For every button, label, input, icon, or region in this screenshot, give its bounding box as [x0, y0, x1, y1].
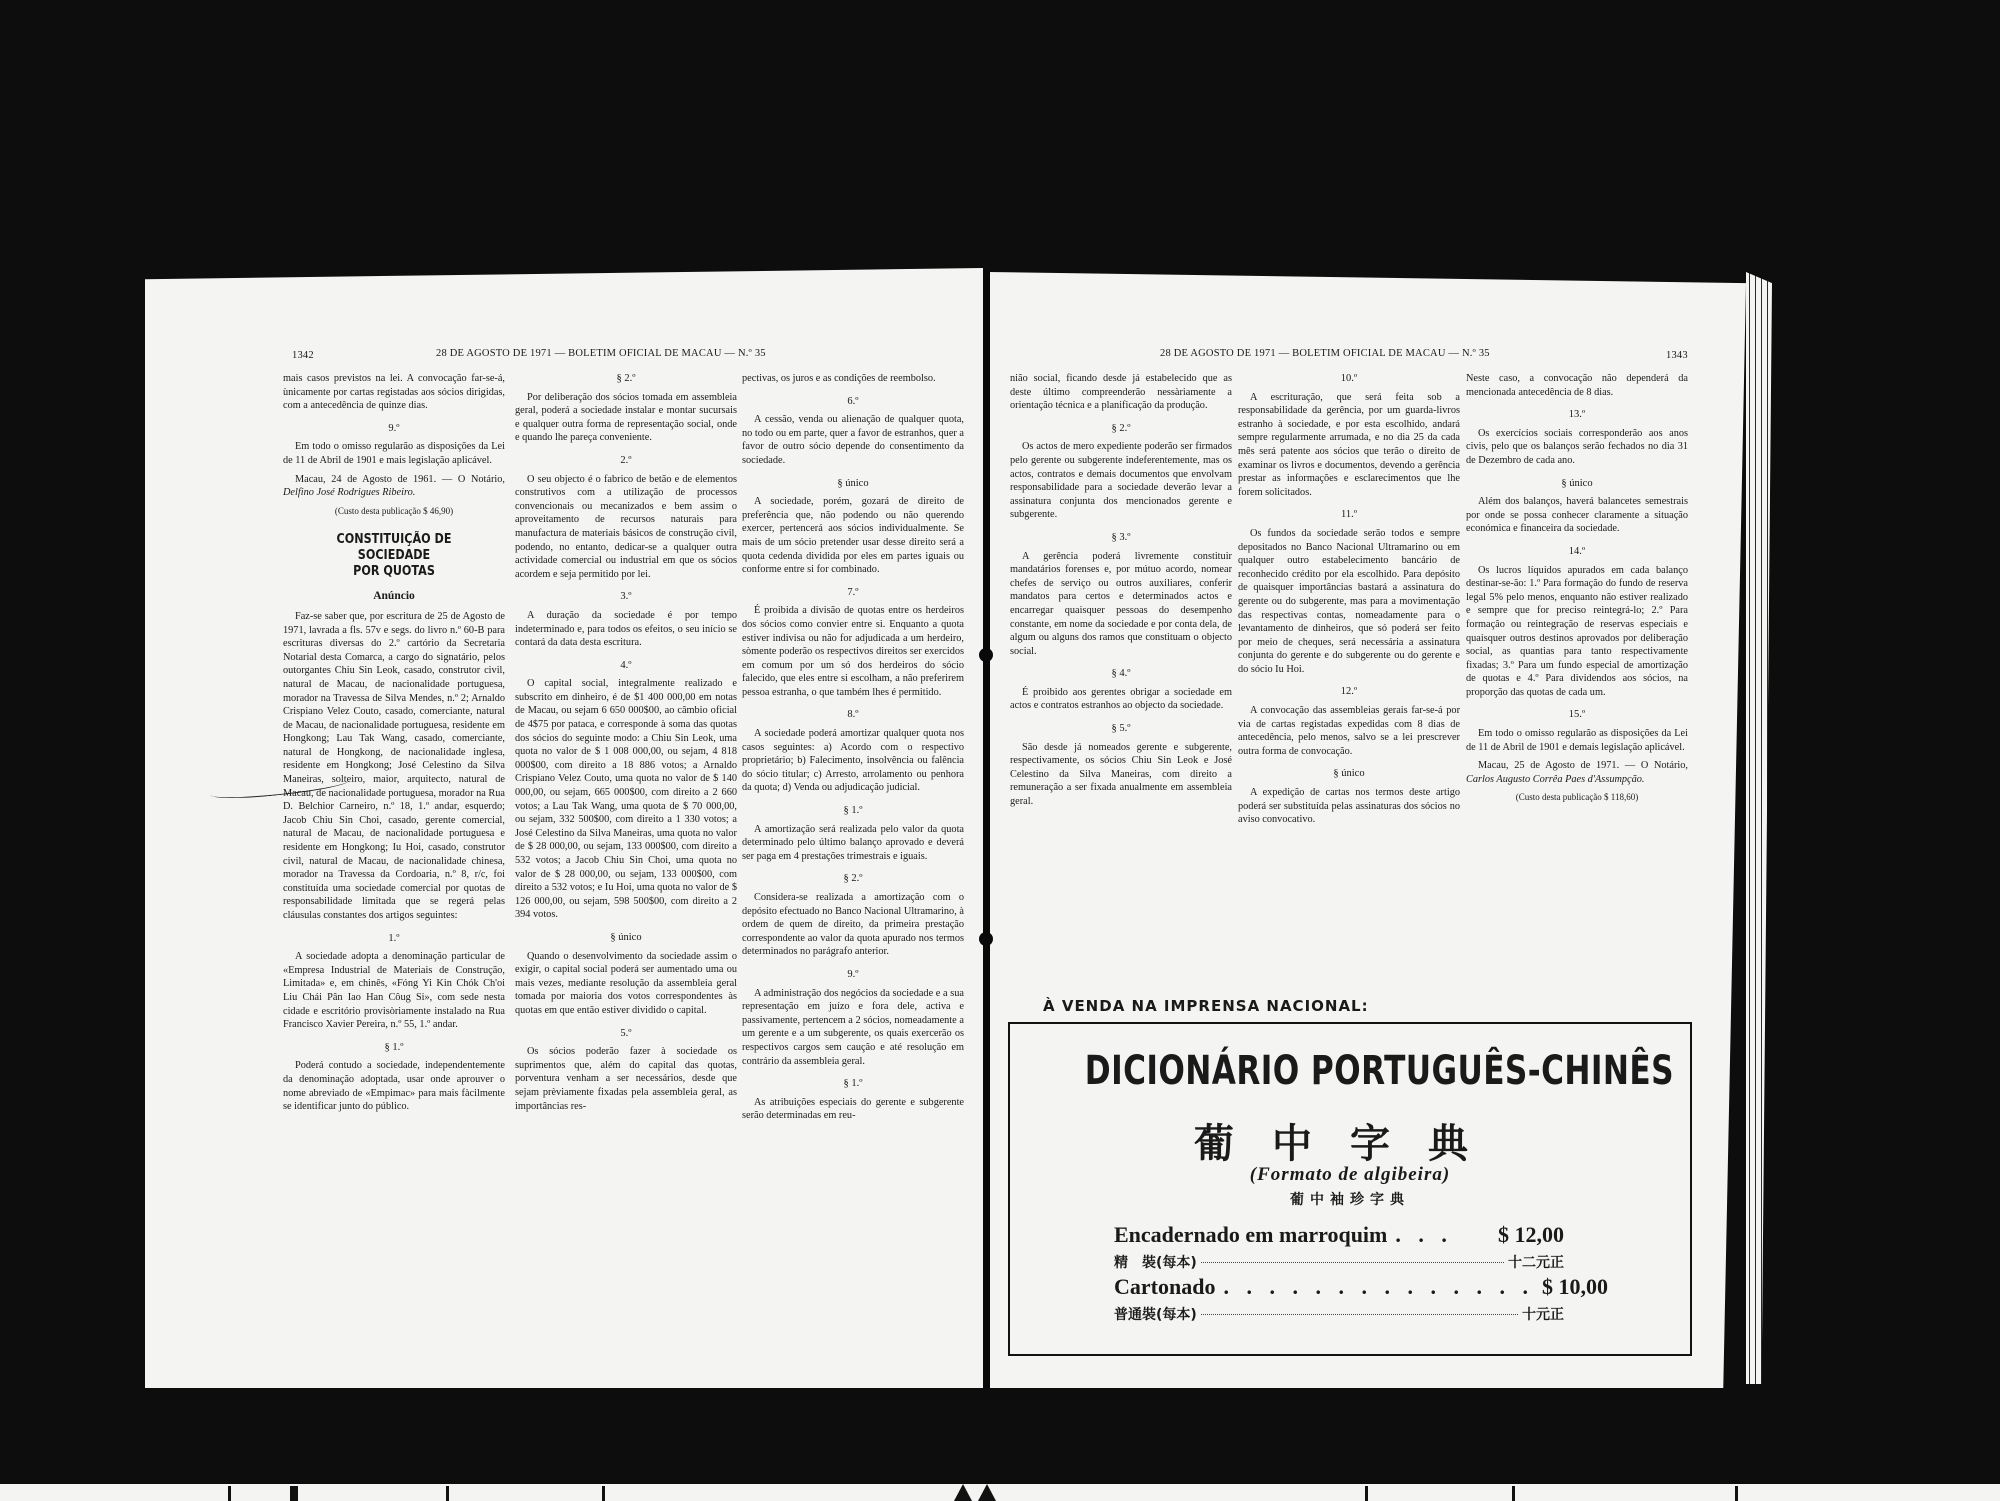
edge-mark [602, 1486, 605, 1501]
article-heading: 13.º [1466, 408, 1688, 422]
signature-name: Delfino José Rodrigues Ribeiro. [283, 487, 415, 498]
article-heading: 14.º [1466, 545, 1688, 559]
paragraph: Quando o desenvolvimento da sociedade as… [515, 950, 737, 1018]
paragraph: Os actos de mero expediente poderão ser … [1010, 440, 1232, 522]
paragraph: Os fundos da sociedade serão todos e sem… [1238, 527, 1460, 677]
page-number-left: 1342 [292, 350, 314, 361]
paragraph: O capital social, integralmente realizad… [515, 677, 737, 922]
right-column-2: 10.º A escrituração, que será feita sob … [1238, 372, 1460, 832]
paragraph: São desde já nomeados gerente e subgeren… [1010, 741, 1232, 809]
article-heading: 15.º [1466, 708, 1688, 722]
paragraph: Faz-se saber que, por escritura de 25 de… [283, 610, 505, 923]
article-heading: 1.º [283, 932, 505, 946]
paragraph: Poderá contudo a sociedade, independente… [283, 1059, 505, 1113]
advert-format: (Formato de algibeira) [1010, 1164, 1690, 1186]
article-heading: § 3.º [1010, 531, 1232, 545]
signature: Macau, 25 de Agosto de 1971. — O Notário… [1466, 759, 1688, 786]
left-column-3: pectivas, os juros e as condições de ree… [742, 372, 964, 1128]
article-heading: § único [1238, 767, 1460, 781]
signature-name: Carlos Augusto Corrêa Paes d'Assumpção. [1466, 774, 1645, 785]
paragraph: Considera-se realizada a amortização com… [742, 891, 964, 959]
article-heading: 10.º [1238, 372, 1460, 386]
paragraph: O seu objecto é o fabrico de betão e de … [515, 473, 737, 582]
paragraph: A sociedade poderá amortizar qualquer qu… [742, 727, 964, 795]
article-heading: 11.º [1238, 508, 1460, 522]
edge-mark [228, 1486, 231, 1501]
page-stack-edge [1746, 272, 1772, 1384]
paragraph: A escrituração, que será feita sob a res… [1238, 391, 1460, 500]
article-heading: § único [1466, 477, 1688, 491]
signature-place: Macau, 24 de Agosto de 1961. — O Notário… [295, 474, 505, 485]
edge-mark [290, 1486, 298, 1501]
article-heading: § 1.º [742, 804, 964, 818]
article-heading: 7.º [742, 586, 964, 600]
advert-format-chinese: 葡中袖珍字典 [1010, 1189, 1690, 1209]
article-heading: § 2.º [515, 372, 737, 386]
paragraph: A expedição de cartas nos termos deste a… [1238, 786, 1460, 827]
article-heading: § único [515, 931, 737, 945]
advert-title-chinese: 葡中字典 [1010, 1112, 1690, 1169]
paragraph: A gerência poderá livremente constituir … [1010, 550, 1232, 659]
paragraph: É proibida a divisão de quotas entre os … [742, 604, 964, 699]
edge-mark [446, 1486, 449, 1501]
price-row: 精 裝(每本) 十二元正 [1114, 1252, 1564, 1272]
book-gutter [983, 270, 990, 1388]
paragraph: mais casos previstos na lei. A convocaçã… [283, 372, 505, 413]
paragraph: Neste caso, a convocação não dependerá d… [1466, 372, 1688, 399]
price-row: Encadernado em marroquim . . . $ 12,00 [1114, 1222, 1564, 1248]
section-title: CONSTITUIÇÃO DE SOCIEDADEPOR QUOTAS [299, 532, 490, 580]
article-heading: 9.º [742, 968, 964, 982]
left-column-2: § 2.º Por deliberação dos sócios tomada … [515, 372, 737, 1118]
article-heading: § 1.º [283, 1041, 505, 1055]
edge-mark [1365, 1486, 1368, 1501]
article-heading: § 2.º [1010, 422, 1232, 436]
paragraph: Em todo o omisso regularão as disposiçõe… [1466, 727, 1688, 754]
paragraph: A administração dos negócios da sociedad… [742, 987, 964, 1069]
publication-cost: (Custo desta publicação $ 46,90) [283, 505, 505, 519]
paragraph: Os lucros líquidos apurados em cada bala… [1466, 564, 1688, 700]
paragraph: A convocação das assembleias gerais far-… [1238, 704, 1460, 758]
article-heading: 12.º [1238, 685, 1460, 699]
edge-mark [1735, 1486, 1738, 1501]
paragraph: Os exercícios sociais corresponderão aos… [1466, 427, 1688, 468]
paragraph: É proibido aos gerentes obrigar a socied… [1010, 686, 1232, 713]
paragraph: A sociedade, porém, gozará de direito de… [742, 495, 964, 577]
article-heading: § 2.º [742, 872, 964, 886]
paragraph: pectivas, os juros e as condições de ree… [742, 372, 964, 386]
next-spread-edge [0, 1484, 2000, 1501]
binding-hole [979, 648, 993, 662]
paragraph: Por deliberação dos sócios tomada em ass… [515, 391, 737, 445]
right-column-1: nião social, ficando desde já estabeleci… [1010, 372, 1232, 814]
article-heading: 8.º [742, 708, 964, 722]
paragraph: Em todo o omisso regularão as disposiçõe… [283, 440, 505, 467]
section-subtitle: Anúncio [283, 590, 505, 604]
price-row: Cartonado . . . . . . . . . . . . . . $ … [1114, 1274, 1564, 1300]
paragraph: A amortização será realizada pelo valor … [742, 823, 964, 864]
paragraph: As atribuições especiais do gerente e su… [742, 1096, 964, 1123]
price-row: 普通裝(每本) 十元正 [1114, 1304, 1564, 1324]
paragraph: Além dos balanços, haverá balancetes sem… [1466, 495, 1688, 536]
article-heading: 4.º [515, 659, 737, 673]
paragraph: A duração da sociedade é por tempo indet… [515, 609, 737, 650]
edge-mark [1512, 1486, 1515, 1501]
article-heading: § único [742, 477, 964, 491]
publication-cost: (Custo desta publicação $ 118,60) [1466, 791, 1688, 805]
article-heading: 3.º [515, 590, 737, 604]
dictionary-advert: DICIONÁRIO PORTUGUÊS-CHINÊS 葡中字典 (Format… [1008, 1022, 1692, 1356]
binding-hole [979, 932, 993, 946]
paragraph: nião social, ficando desde já estabeleci… [1010, 372, 1232, 413]
left-column-1: mais casos previstos na lei. A convocaçã… [283, 372, 505, 1119]
edge-mark [954, 1484, 972, 1501]
article-heading: 2.º [515, 454, 737, 468]
running-header-right: 28 DE AGOSTO DE 1971 — BOLETIM OFICIAL D… [1160, 348, 1490, 359]
paragraph: A sociedade adopta a denominação particu… [283, 950, 505, 1032]
advert-label: À VENDA NA IMPRENSA NACIONAL: [1043, 997, 1369, 1015]
edge-mark [978, 1484, 996, 1501]
article-heading: 9.º [283, 422, 505, 436]
paragraph: A cessão, venda ou alienação de qualquer… [742, 413, 964, 467]
article-heading: 5.º [515, 1027, 737, 1041]
article-heading: 6.º [742, 395, 964, 409]
paragraph: Os sócios poderão fazer à sociedade os s… [515, 1045, 737, 1113]
article-heading: § 1.º [742, 1077, 964, 1091]
article-heading: § 5.º [1010, 722, 1232, 736]
running-header-left: 28 DE AGOSTO DE 1971 — BOLETIM OFICIAL D… [436, 348, 766, 359]
page-number-right: 1343 [1666, 350, 1688, 361]
right-column-3: Neste caso, a convocação não dependerá d… [1466, 372, 1688, 813]
signature-place: Macau, 25 de Agosto de 1971. — O Notário… [1478, 760, 1688, 771]
advert-title: DICIONÁRIO PORTUGUÊS-CHINÊS [1085, 1048, 1615, 1094]
signature: Macau, 24 de Agosto de 1961. — O Notário… [283, 473, 505, 500]
article-heading: § 4.º [1010, 667, 1232, 681]
